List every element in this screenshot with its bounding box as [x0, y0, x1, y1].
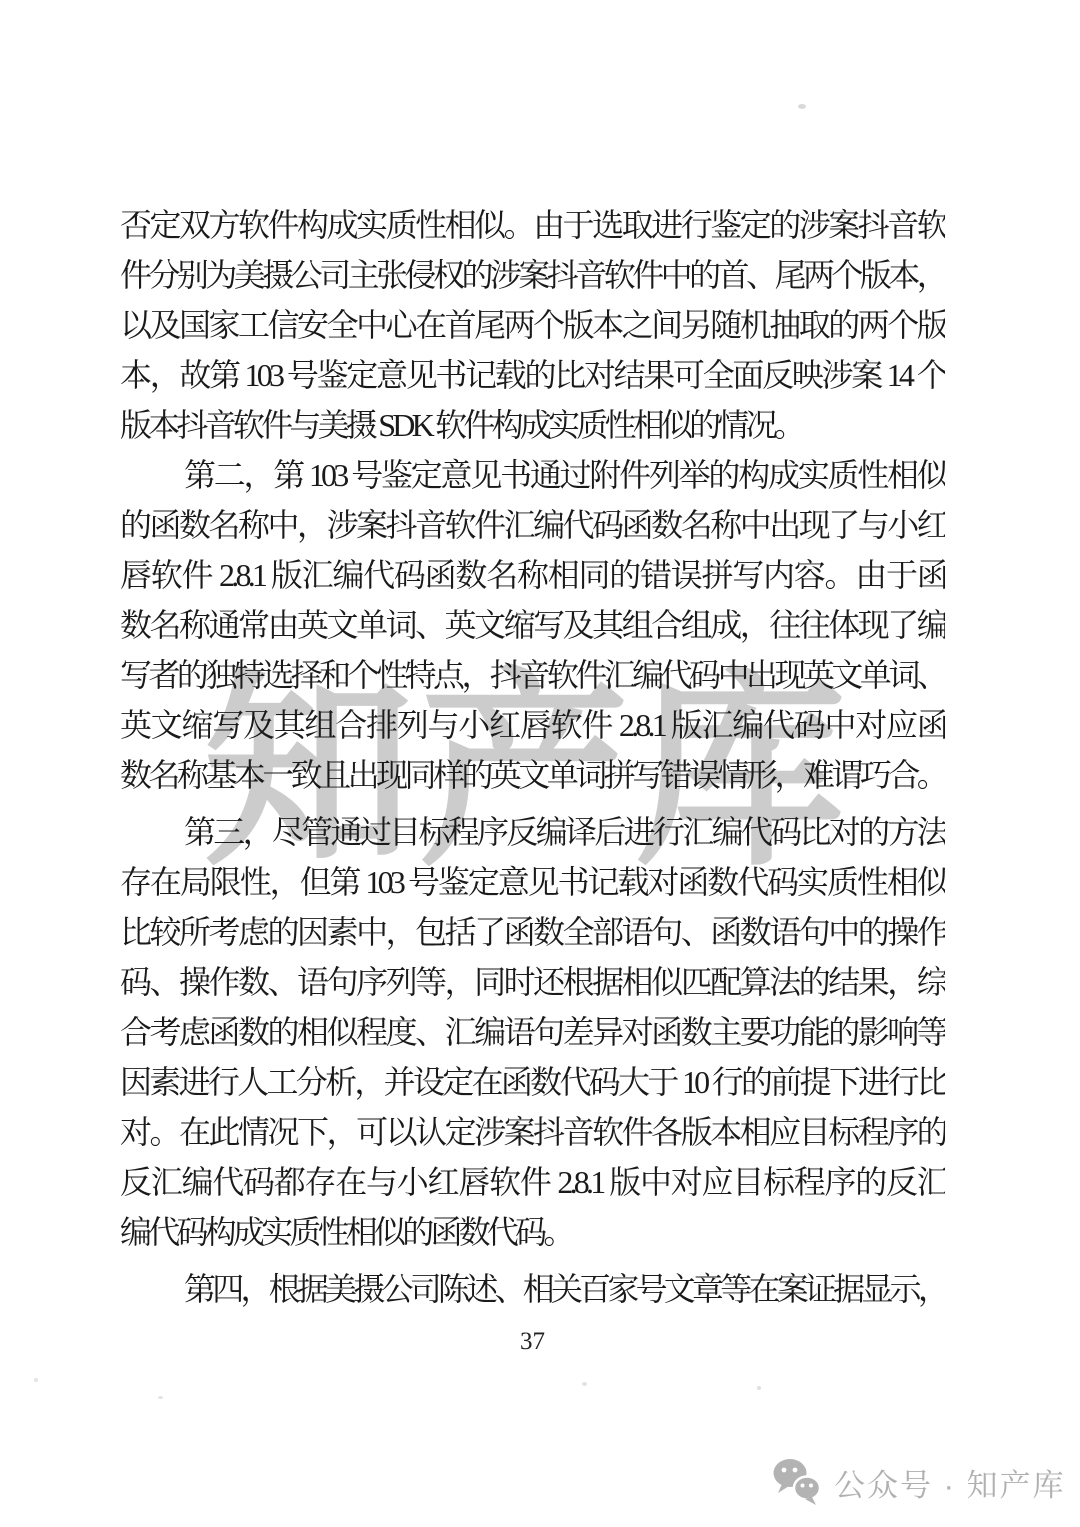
document-page: 知产库 否定双方软件构成实质性相似。由于选取进行鉴定的涉案抖音软 件分别为美摄公…	[0, 0, 1080, 1527]
text-line: 合考虑函数的相似程度、汇编语句差异对函数主要功能的影响等	[120, 1007, 945, 1057]
text-line: 比较所考虑的因素中，包括了函数全部语句、函数语句中的操作	[120, 907, 945, 957]
text-line: 第三，尽管通过目标程序反编译后进行汇编代码比对的方法	[120, 807, 945, 857]
paragraph: 第二，第 103 号鉴定意见书通过附件列举的构成实质性相似 的函数名称中，涉案抖…	[120, 450, 945, 800]
text-line: 数名称基本一致且出现同样的英文单词拼写错误情形，难谓巧合。	[120, 750, 945, 800]
text-line: 唇软件 2.8.1 版汇编代码函数名称相同的错误拼写内容。由于函	[120, 550, 945, 600]
text-line: 本，故第 103 号鉴定意见书记载的比对结果可全面反映涉案 14 个	[120, 350, 945, 400]
text-line: 对。在此情况下，可以认定涉案抖音软件各版本相应目标程序的	[120, 1107, 945, 1157]
paragraph: 第四，根据美摄公司陈述、相关百家号文章等在案证据显示，	[120, 1264, 945, 1314]
text-line: 存在局限性，但第 103 号鉴定意见书记载对函数代码实质性相似	[120, 857, 945, 907]
text-line: 英文缩写及其组合排列与小红唇软件 2.8.1 版汇编代码中对应函	[120, 700, 945, 750]
text-line: 第二，第 103 号鉴定意见书通过附件列举的构成实质性相似	[120, 450, 945, 500]
text-line: 因素进行人工分析，并设定在函数代码大于 10 行的前提下进行比	[120, 1057, 945, 1107]
text-line: 否定双方软件构成实质性相似。由于选取进行鉴定的涉案抖音软	[120, 200, 945, 250]
paragraph: 第三，尽管通过目标程序反编译后进行汇编代码比对的方法 存在局限性，但第 103 …	[120, 807, 945, 1257]
text-line: 数名称通常由英文单词、英文缩写及其组合组成，往往体现了编	[120, 600, 945, 650]
text-line: 的函数名称中，涉案抖音软件汇编代码函数名称中出现了与小红	[120, 500, 945, 550]
text-line: 版本抖音软件与美摄 SDK 软件构成实质性相似的情况。	[120, 400, 945, 450]
page-number: 37	[120, 1328, 945, 1356]
text-line: 件分别为美摄公司主张侵权的涉案抖音软件中的首、尾两个版本，	[120, 250, 945, 300]
text-line: 写者的独特选择和个性特点，抖音软件汇编代码中出现英文单词、	[120, 650, 945, 700]
text-line: 以及国家工信安全中心在首尾两个版本之间另随机抽取的两个版	[120, 300, 945, 350]
text-line: 编代码构成实质性相似的函数代码。	[120, 1207, 945, 1257]
scan-speck	[582, 1382, 587, 1386]
wechat-icon	[772, 1458, 822, 1506]
body-text: 否定双方软件构成实质性相似。由于选取进行鉴定的涉案抖音软 件分别为美摄公司主张侵…	[120, 200, 945, 1314]
scan-speck	[34, 1378, 38, 1382]
scan-speck	[158, 1396, 163, 1399]
text-line: 码、操作数、语句序列等，同时还根据相似匹配算法的结果，综	[120, 957, 945, 1007]
text-line: 反汇编代码都存在与小红唇软件 2.8.1 版中对应目标程序的反汇	[120, 1157, 945, 1207]
paragraph: 否定双方软件构成实质性相似。由于选取进行鉴定的涉案抖音软 件分别为美摄公司主张侵…	[120, 200, 945, 450]
scan-speck	[798, 104, 806, 109]
text-line: 第四，根据美摄公司陈述、相关百家号文章等在案证据显示，	[120, 1264, 945, 1314]
footer-brand: 公众号 · 知产库	[772, 1458, 1066, 1506]
footer-label: 公众号 · 知产库	[834, 1460, 1066, 1505]
scan-speck	[757, 1386, 761, 1390]
